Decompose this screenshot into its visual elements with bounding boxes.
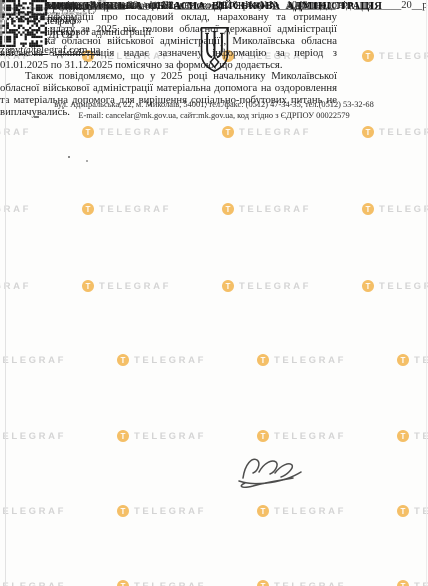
scan-speck [62,107,64,109]
scan-speck [34,116,39,118]
qr-stamp-caption: UB Миколаївська обласна державна адмініс… [0,0,165,21]
scan-corner-mark [0,0,2,36]
scanned-letter-page: TTELEGRAFTTELEGRAFTTELEGRAFTTELEGRAFTTEL… [0,0,428,586]
body-paragraph: Також повідомляємо, що у 2025 році начал… [0,71,337,119]
scan-speck [86,160,88,162]
scan-edge-line-right [426,0,427,586]
scan-speck [68,156,70,158]
handwritten-signature [233,450,313,492]
letter-content: МИКОЛАЇВСЬКА ОБЛАСНА ДЕРЖАВНА АДМІНІСТРА… [0,0,428,586]
qr-caption-line: №13-27-26-29/26 від 09.02.2026 [0,16,165,21]
scan-edge-line-left [5,0,6,586]
